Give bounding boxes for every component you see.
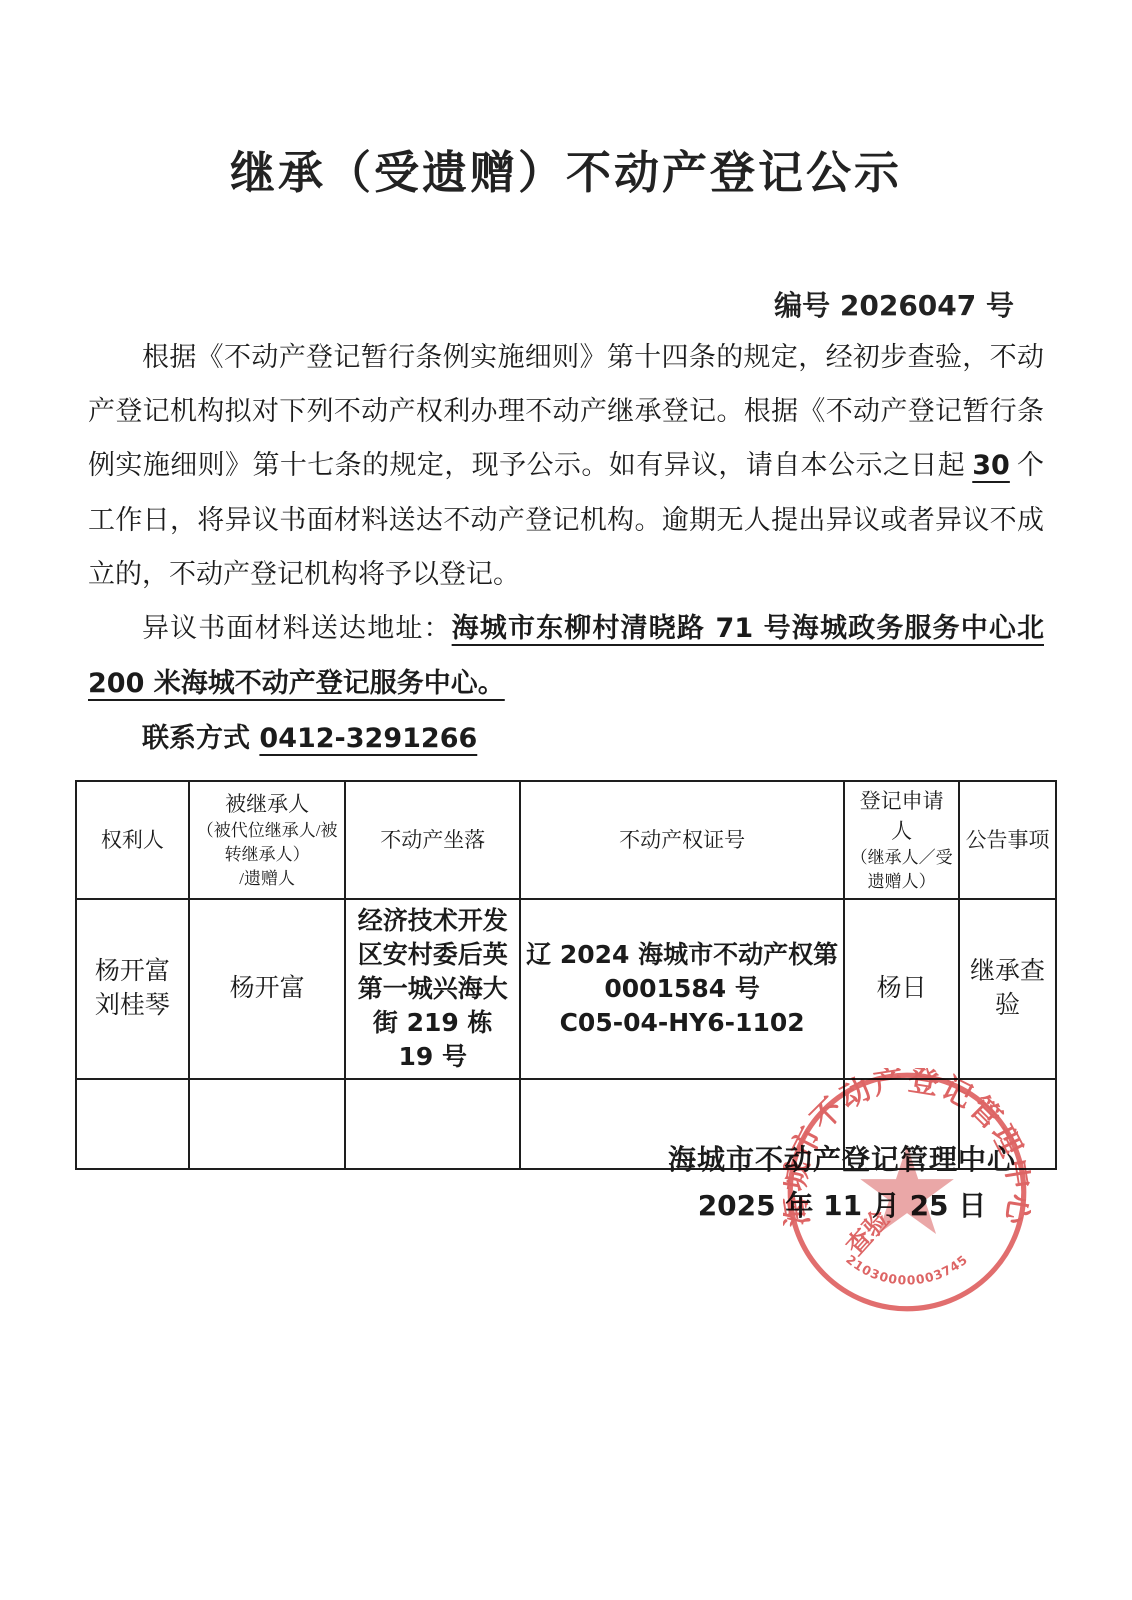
cell-line: 辽 2024 海城市不动产权第 (526, 938, 838, 972)
text-segment: 联系方式 (142, 723, 259, 754)
cell-line: 杨开富 (82, 955, 183, 989)
text-segment: 异议书面材料送达地址： (142, 613, 452, 643)
signature-block: 海城市不动产登记管理中心 2025 年 11 月 25 日 (668, 1138, 1016, 1224)
cell-line: 经济技术开发区安村委后英第一城兴海大街 219 栋 19 号 (351, 904, 513, 1074)
issuing-org: 海城市不动产登记管理中心 (668, 1138, 1016, 1178)
table-cell: 继承查验 (959, 899, 1056, 1079)
cell-line: 刘桂琴 (82, 989, 183, 1023)
table-cell: 经济技术开发区安村委后英第一城兴海大街 219 栋 19 号 (345, 899, 519, 1079)
table-cell: 杨开富刘桂琴 (76, 899, 189, 1079)
paragraph-objection-address: 异议书面材料送达地址：海城市东柳村清晓路 71 号海城政务服务中心北 200 米… (88, 601, 1044, 711)
header-line: 权利人 (82, 825, 183, 855)
document-body: 编号 2026047 号 根据《不动产登记暂行条例实施细则》第十四条的规定，经初… (88, 284, 1044, 1170)
table-cell: 杨开富 (189, 899, 346, 1079)
notice-document-page: 继承（受遗赠）不动产登记公示 编号 2026047 号 根据《不动产登记暂行条例… (0, 0, 1132, 1600)
cell-line: 杨日 (850, 972, 953, 1006)
paragraph-legal-basis: 根据《不动产登记暂行条例实施细则》第十四条的规定，经初步查验，不动产登记机构拟对… (88, 330, 1044, 601)
paragraph-contact: 联系方式 0412-3291266 (88, 711, 1044, 766)
text-segment: 0412-3291266 (259, 723, 477, 754)
table-cell (345, 1079, 519, 1169)
header-line: 登记申请人 (850, 786, 953, 846)
table-header-cell: 公告事项 (959, 781, 1056, 899)
cell-line: C05-04-HY6-1102 (526, 1006, 838, 1040)
page-title: 继承（受遗赠）不动产登记公示 (0, 136, 1132, 201)
table-row: 杨开富刘桂琴杨开富经济技术开发区安村委后英第一城兴海大街 219 栋 19 号辽… (76, 899, 1056, 1079)
text-segment: 根据《不动产登记暂行条例实施细则》第十四条的规定，经初步查验，不动产登记机构拟对… (88, 342, 1044, 480)
header-line: 公告事项 (965, 825, 1050, 855)
header-line: /遗赠人 (195, 867, 340, 891)
text-segment: 30 (972, 450, 1010, 481)
table-header-cell: 被继承人（被代位继承人/被转继承人）/遗赠人 (189, 781, 346, 899)
cell-line: 杨开富 (195, 972, 340, 1006)
table-header-cell: 登记申请人（继承人／受遗赠人） (844, 781, 959, 899)
table-cell: 辽 2024 海城市不动产权第0001584 号C05-04-HY6-1102 (520, 899, 844, 1079)
registration-table: 权利人被继承人（被代位继承人/被转继承人）/遗赠人不动产坐落不动产权证号登记申请… (75, 780, 1057, 1170)
table-header-cell: 不动产坐落 (345, 781, 519, 899)
table-header-cell: 不动产权证号 (520, 781, 844, 899)
header-line: 被继承人 (195, 789, 340, 819)
table-header-row: 权利人被继承人（被代位继承人/被转继承人）/遗赠人不动产坐落不动产权证号登记申请… (76, 781, 1056, 899)
table-cell: 杨日 (844, 899, 959, 1079)
issue-date: 2025 年 11 月 25 日 (698, 1184, 987, 1224)
cell-line: 0001584 号 (526, 972, 838, 1006)
svg-text:21030000003745: 21030000003745 (843, 1252, 970, 1288)
cell-line: 继承查验 (965, 955, 1050, 1023)
header-line: （继承人／受遗赠人） (850, 846, 953, 894)
seal-code: 21030000003745 (843, 1252, 970, 1288)
header-line: 不动产坐落 (351, 825, 513, 855)
header-line: （被代位继承人/被转继承人） (195, 819, 340, 867)
table-header-cell: 权利人 (76, 781, 189, 899)
header-line: 不动产权证号 (526, 825, 838, 855)
table-cell (76, 1079, 189, 1169)
doc-number: 编号 2026047 号 (88, 284, 1044, 324)
table-cell (189, 1079, 346, 1169)
